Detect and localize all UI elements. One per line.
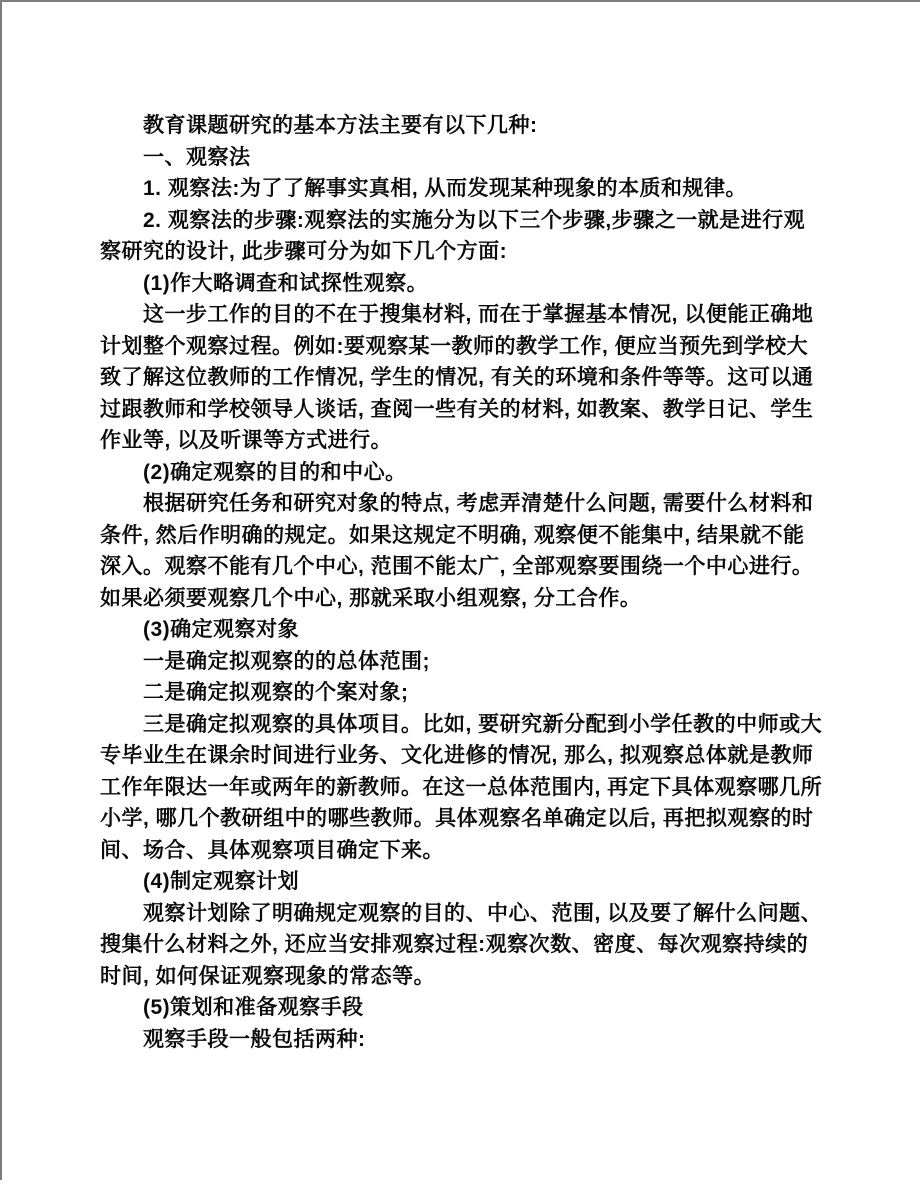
section-heading: 一、观察法 [100, 142, 824, 174]
text-line: 致了解这位教师的工作情况, 学生的情况, 有关的环境和条件等等。这可以通 [100, 362, 824, 394]
text-line: 条件, 然后作明确的规定。如果这规定不明确, 观察便不能集中, 结果就不能 [100, 520, 824, 552]
page-top-edge-border [0, 0, 920, 2]
text-line: 搜集什么材料之外, 还应当安排观察过程:观察次数、密度、每次观察持续的 [100, 929, 824, 961]
text-line: 专毕业生在课余时间进行业务、文化进修的情况, 那么, 拟观察总体就是教师 [100, 740, 824, 772]
page-left-edge-border [0, 0, 2, 1180]
document-page: 教育课题研究的基本方法主要有以下几种:一、观察法1. 观察法:为了了解事实真相,… [0, 0, 920, 1191]
text-line: 一是确定拟观察的的总体范围; [100, 646, 824, 678]
text-line: 教育课题研究的基本方法主要有以下几种: [100, 110, 824, 142]
text-line: 观察手段一般包括两种: [100, 1024, 824, 1056]
text-line: (1)作大略调查和试探性观察。 [100, 268, 824, 300]
text-line: (2)确定观察的目的和中心。 [100, 457, 824, 489]
text-line: 观察计划除了明确规定观察的目的、中心、范围, 以及要了解什么问题、 [100, 898, 824, 930]
text-line: 这一步工作的目的不在于搜集材料, 而在于掌握基本情况, 以便能正确地 [100, 299, 824, 331]
text-line: 深入。观察不能有几个中心, 范围不能太广, 全部观察要围绕一个中心进行。 [100, 551, 824, 583]
text-line: 三是确定拟观察的具体项目。比如, 要研究新分配到小学任教的中师或大 [100, 709, 824, 741]
text-line: 工作年限达一年或两年的新教师。在这一总体范围内, 再定下具体观察哪几所 [100, 772, 824, 804]
text-line: 1. 观察法:为了了解事实真相, 从而发现某种现象的本质和规律。 [100, 173, 824, 205]
document-content: 教育课题研究的基本方法主要有以下几种:一、观察法1. 观察法:为了了解事实真相,… [100, 110, 824, 1055]
text-line: 作业等, 以及听课等方式进行。 [100, 425, 824, 457]
text-line: 间、场合、具体观察项目确定下来。 [100, 835, 824, 867]
text-line: 根据研究任务和研究对象的特点, 考虑弄清楚什么问题, 需要什么材料和 [100, 488, 824, 520]
text-line: 小学, 哪几个教研组中的哪些教师。具体观察名单确定以后, 再把拟观察的时 [100, 803, 824, 835]
text-line: 察研究的设计, 此步骤可分为如下几个方面: [100, 236, 824, 268]
text-line: 二是确定拟观察的个案对象; [100, 677, 824, 709]
text-line: 过跟教师和学校领导人谈话, 查阅一些有关的材料, 如教案、教学日记、学生 [100, 394, 824, 426]
text-line: (5)策划和准备观察手段 [100, 992, 824, 1024]
text-line: 2. 观察法的步骤:观察法的实施分为以下三个步骤,步骤之一就是进行观 [100, 205, 824, 237]
text-line: 计划整个观察过程。例如:要观察某一教师的教学工作, 便应当预先到学校大 [100, 331, 824, 363]
text-line: 时间, 如何保证观察现象的常态等。 [100, 961, 824, 993]
text-line: 如果必须要观察几个中心, 那就采取小组观察, 分工合作。 [100, 583, 824, 615]
text-line: (3)确定观察对象 [100, 614, 824, 646]
text-line: (4)制定观察计划 [100, 866, 824, 898]
